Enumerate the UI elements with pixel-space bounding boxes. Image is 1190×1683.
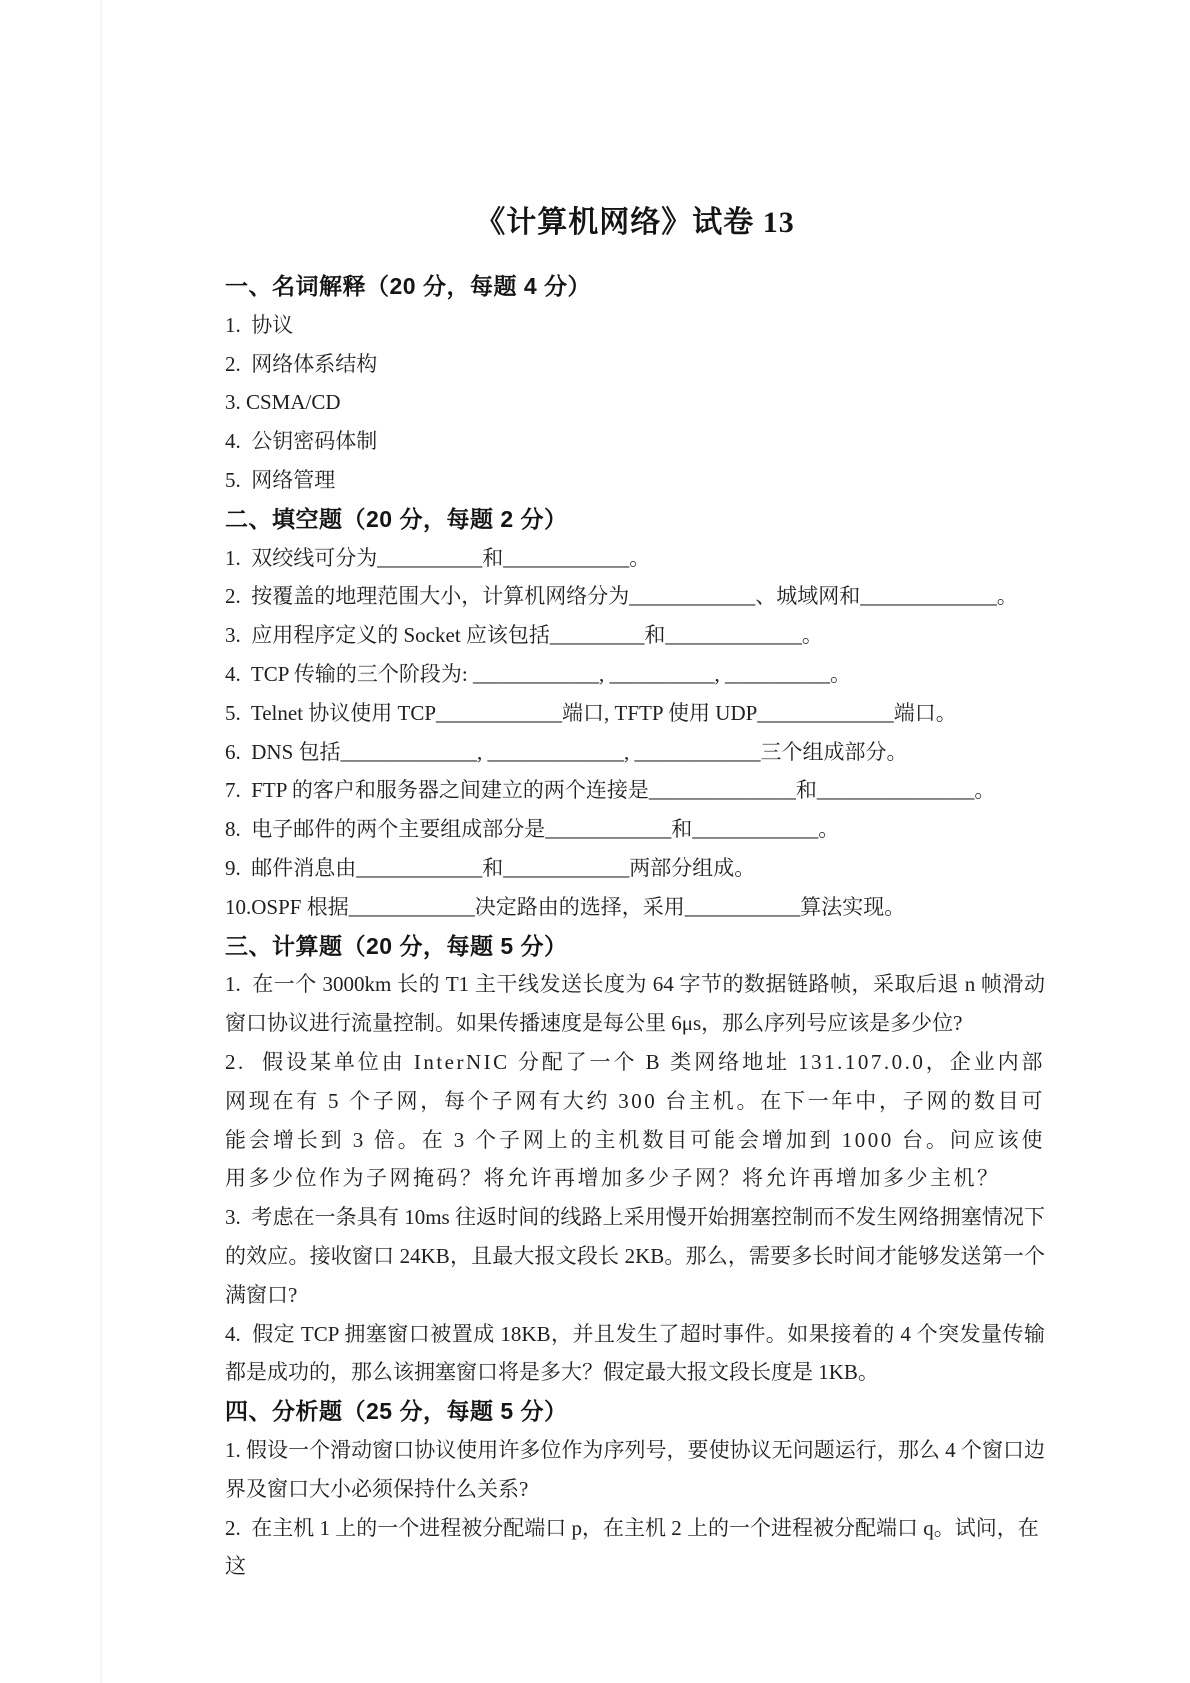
- fill-blank-item: 10.OSPF 根据____________决定路由的选择，采用________…: [225, 888, 1045, 927]
- question-item: 1. 在一个 3000km 长的 T1 主干线发送长度为 64 字节的数据链路帧…: [225, 965, 1045, 1043]
- fill-blank-item: 5. Telnet 协议使用 TCP____________端口, TFTP 使…: [225, 694, 1045, 733]
- question-item: 4. 假定 TCP 拥塞窗口被置成 18KB，并且发生了超时事件。如果接着的 4…: [225, 1315, 1045, 1393]
- page-title: 《计算机网络》试卷 13: [225, 200, 1045, 246]
- section-heading: 四、分析题（25 分，每题 5 分）: [225, 1392, 1045, 1431]
- exam-item: 1. 协议: [225, 306, 1045, 345]
- exam-sheet-page: 《计算机网络》试卷 13 一、名词解释（20 分，每题 4 分） 1. 协议 2…: [0, 0, 1190, 1683]
- exam-item: 3. CSMA/CD: [225, 383, 1045, 422]
- section-heading: 三、计算题（20 分，每题 5 分）: [225, 927, 1045, 966]
- section-calculation: 三、计算题（20 分，每题 5 分） 1. 在一个 3000km 长的 T1 主…: [225, 927, 1045, 1393]
- fill-blank-item: 8. 电子邮件的两个主要组成部分是____________和__________…: [225, 810, 1045, 849]
- section-heading: 一、名词解释（20 分，每题 4 分）: [225, 267, 1045, 306]
- fill-blank-item: 2. 按覆盖的地理范围大小，计算机网络分为____________、城域网和__…: [225, 577, 1045, 616]
- fill-blank-item: 3. 应用程序定义的 Socket 应该包括_________和________…: [225, 616, 1045, 655]
- question-item: 1. 假设一个滑动窗口协议使用许多位作为序列号，要使协议无问题运行，那么 4 个…: [225, 1431, 1045, 1509]
- question-item: 2. 假设某单位由 InterNIC 分配了一个 B 类网络地址 131.107…: [225, 1043, 1045, 1198]
- question-item: 3. 考虑在一条具有 10ms 往返时间的线路上采用慢开始拥塞控制而不发生网络拥…: [225, 1198, 1045, 1314]
- fill-blank-item: 6. DNS 包括_____________, _____________, _…: [225, 733, 1045, 772]
- scan-fold-line: [100, 0, 102, 1683]
- fill-blank-item: 1. 双绞线可分为__________和____________。: [225, 539, 1045, 578]
- fill-blank-item: 4. TCP 传输的三个阶段为: ____________, _________…: [225, 655, 1045, 694]
- question-item: 2. 在主机 1 上的一个进程被分配端口 p，在主机 2 上的一个进程被分配端口…: [225, 1509, 1045, 1587]
- exam-content: 《计算机网络》试卷 13 一、名词解释（20 分，每题 4 分） 1. 协议 2…: [225, 200, 1045, 1586]
- fill-blank-item: 9. 邮件消息由____________和____________两部分组成。: [225, 849, 1045, 888]
- section-heading: 二、填空题（20 分，每题 2 分）: [225, 500, 1045, 539]
- exam-item: 5. 网络管理: [225, 461, 1045, 500]
- section-terms: 一、名词解释（20 分，每题 4 分） 1. 协议 2. 网络体系结构 3. C…: [225, 267, 1045, 500]
- exam-item: 4. 公钥密码体制: [225, 422, 1045, 461]
- section-fill-blanks: 二、填空题（20 分，每题 2 分） 1. 双绞线可分为__________和_…: [225, 500, 1045, 927]
- exam-item: 2. 网络体系结构: [225, 345, 1045, 384]
- fill-blank-item: 7. FTP 的客户和服务器之间建立的两个连接是______________和_…: [225, 771, 1045, 810]
- section-analysis: 四、分析题（25 分，每题 5 分） 1. 假设一个滑动窗口协议使用许多位作为序…: [225, 1392, 1045, 1586]
